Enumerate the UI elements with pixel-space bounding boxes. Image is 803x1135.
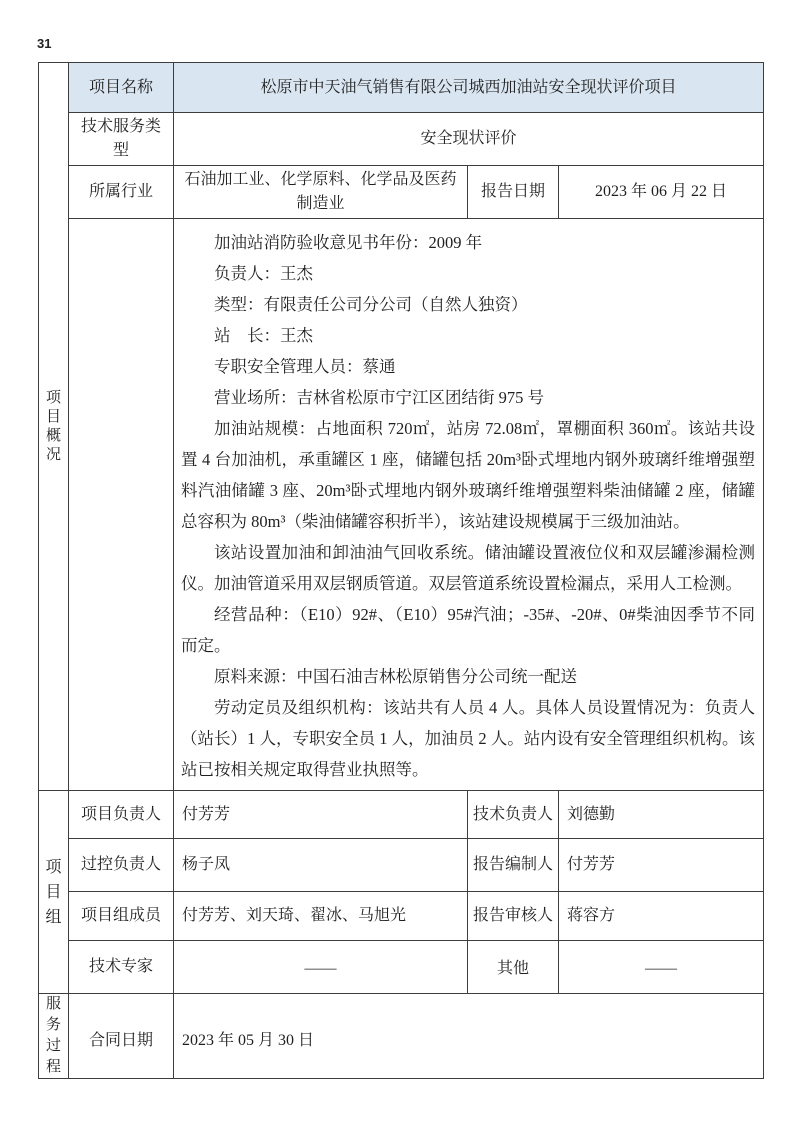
technical-leader-label: 技术负责人 (468, 791, 559, 839)
row-industry: 所属行业 石油加工业、化学原料、化学品及医药制造业 报告日期 2023 年 06… (39, 166, 764, 219)
technical-expert-value: —— (174, 941, 468, 994)
project-leader-value: 付芳芳 (174, 791, 468, 839)
empty-cell (69, 219, 174, 791)
section-label-project-team: 项目组 (39, 791, 69, 994)
overview-paragraph: 劳动定员及组织机构：该站共有人员 4 人。具体人员设置情况为：负责人（站长）1 … (181, 692, 755, 785)
section-label-project-overview-text: 项目概况 (46, 389, 61, 465)
report-reviewer-label: 报告审核人 (468, 892, 559, 941)
overview-paragraph: 经营品种：（E10）92#、（E10）95#汽油；-35#、-20#、0#柴油因… (181, 599, 755, 661)
overview-paragraph: 负责人：王杰 (181, 258, 755, 289)
service-type-value: 安全现状评价 (174, 113, 764, 166)
team-members-label: 项目组成员 (69, 892, 174, 941)
overview-paragraph: 营业场所：吉林省松原市宁江区团结街 975 号 (181, 382, 755, 413)
technical-expert-label: 技术专家 (69, 941, 174, 994)
contract-date-label: 合同日期 (69, 994, 174, 1079)
row-project-leader: 项目组 项目负责人 付芳芳 技术负责人 刘德勤 (39, 791, 764, 839)
industry-value: 石油加工业、化学原料、化学品及医药制造业 (174, 166, 468, 219)
report-writer-label: 报告编制人 (468, 839, 559, 892)
overview-paragraph: 原料来源：中国石油吉林松原销售分公司统一配送 (181, 661, 755, 692)
project-name-value: 松原市中天油气销售有限公司城西加油站安全现状评价项目 (174, 63, 764, 113)
industry-label: 所属行业 (69, 166, 174, 219)
process-control-value: 杨子凤 (174, 839, 468, 892)
row-team-members: 项目组成员 付芳芳、刘天琦、翟冰、马旭光 报告审核人 蒋容方 (39, 892, 764, 941)
contract-date-value: 2023 年 05 月 30 日 (174, 994, 764, 1079)
project-leader-label: 项目负责人 (69, 791, 174, 839)
row-contract-date: 服务过程 合同日期 2023 年 05 月 30 日 (39, 994, 764, 1079)
section-label-project-team-text: 项目组 (46, 855, 62, 930)
row-process-control: 过控负责人 杨子凤 报告编制人 付芳芳 (39, 839, 764, 892)
service-type-label: 技术服务类型 (69, 113, 174, 166)
technical-leader-value: 刘德勤 (559, 791, 764, 839)
overview-text-cell: 加油站消防验收意见书年份：2009 年 负责人：王杰 类型：有限责任公司分公司（… (174, 219, 764, 791)
report-reviewer-value: 蒋容方 (559, 892, 764, 941)
row-expert: 技术专家 —— 其他 —— (39, 941, 764, 994)
overview-paragraph: 加油站消防验收意见书年份：2009 年 (181, 227, 755, 258)
other-value: —— (559, 941, 764, 994)
report-date-value: 2023 年 06 月 22 日 (559, 166, 764, 219)
other-label: 其他 (468, 941, 559, 994)
team-members-value: 付芳芳、刘天琦、翟冰、马旭光 (174, 892, 468, 941)
section-label-service-process: 服务过程 (39, 994, 69, 1079)
report-date-label: 报告日期 (468, 166, 559, 219)
report-writer-value: 付芳芳 (559, 839, 764, 892)
row-service-type: 技术服务类型 安全现状评价 (39, 113, 764, 166)
overview-paragraph: 该站设置加油和卸油油气回收系统。储油罐设置液位仪和双层罐渗漏检测仪。加油管道采用… (181, 537, 755, 599)
overview-paragraph: 专职安全管理人员：蔡通 (181, 351, 755, 382)
section-label-service-process-text: 服务过程 (46, 994, 61, 1078)
row-overview: 加油站消防验收意见书年份：2009 年 负责人：王杰 类型：有限责任公司分公司（… (39, 219, 764, 791)
process-control-label: 过控负责人 (69, 839, 174, 892)
project-info-table: 项目概况 项目名称 松原市中天油气销售有限公司城西加油站安全现状评价项目 技术服… (38, 62, 764, 1079)
section-label-project-overview: 项目概况 (39, 63, 69, 791)
page-number: 31 (37, 36, 51, 51)
project-name-label: 项目名称 (69, 63, 174, 113)
document-page: { "page_number": "31", "colors": { "head… (0, 0, 803, 1135)
row-project-name: 项目概况 项目名称 松原市中天油气销售有限公司城西加油站安全现状评价项目 (39, 63, 764, 113)
overview-paragraph: 加油站规模：占地面积 720㎡，站房 72.08㎡，罩棚面积 360㎡。该站共设… (181, 413, 755, 537)
overview-paragraph: 类型：有限责任公司分公司（自然人独资） (181, 289, 755, 320)
overview-paragraph: 站 长：王杰 (181, 320, 755, 351)
